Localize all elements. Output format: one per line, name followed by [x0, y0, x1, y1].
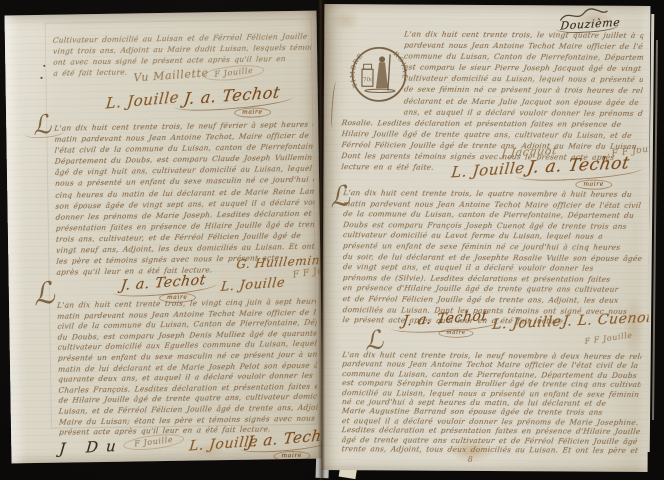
techot-title-r1: maire — [575, 180, 612, 190]
signature-dru: J Du — [59, 436, 125, 457]
act-initial: ℒ — [30, 275, 57, 313]
scanned-register-spread: Cultivateur domicilié au Luisan et de Fé… — [0, 0, 664, 480]
center-gutter-crease — [318, 0, 325, 480]
signature-jouille-r2: L. Jouille — [491, 314, 562, 333]
signature-jouille-2: L. Jouille — [220, 275, 286, 295]
signature-jouille-r1: L. Jouille — [450, 159, 525, 182]
stamp-spacer — [342, 41, 404, 115]
act-november4: L'an dix huit cent trente trois, le quat… — [342, 188, 642, 328]
manuscript-line: de sexe féminin né ce présent jour à tro… — [403, 84, 643, 97]
techot-title-1: maire — [234, 107, 271, 118]
act-june: L'an dix huit cent trente trois, le ving… — [57, 297, 318, 439]
left-page: Cultivateur domicilié au Luisan et de Fé… — [5, 11, 324, 464]
margin-flourish — [330, 82, 338, 128]
techot-title-3: maire — [273, 451, 310, 462]
act-february: L'an dix huit cent trente trois, le neuf… — [54, 119, 315, 278]
ink-dot — [43, 65, 45, 67]
right-page: Douzième TIMBRE ROYAL 70c — [322, 4, 651, 472]
margin-paraph-right-2: F F Jouille — [584, 331, 633, 346]
ink-dot — [40, 77, 42, 79]
bottom-ink-mark: 8 — [468, 455, 474, 464]
act-july: L'an dix huit cent trente trois, le ving… — [341, 28, 643, 174]
act-november9: L'an dix huit cent trente trois, le neuf… — [342, 350, 642, 455]
manuscript-line: trente ans, Adjoint, tous deux domicilié… — [341, 444, 641, 455]
techot-title-r2: maire — [438, 329, 473, 338]
signature-jouille-1: L. Jouille — [105, 88, 180, 112]
